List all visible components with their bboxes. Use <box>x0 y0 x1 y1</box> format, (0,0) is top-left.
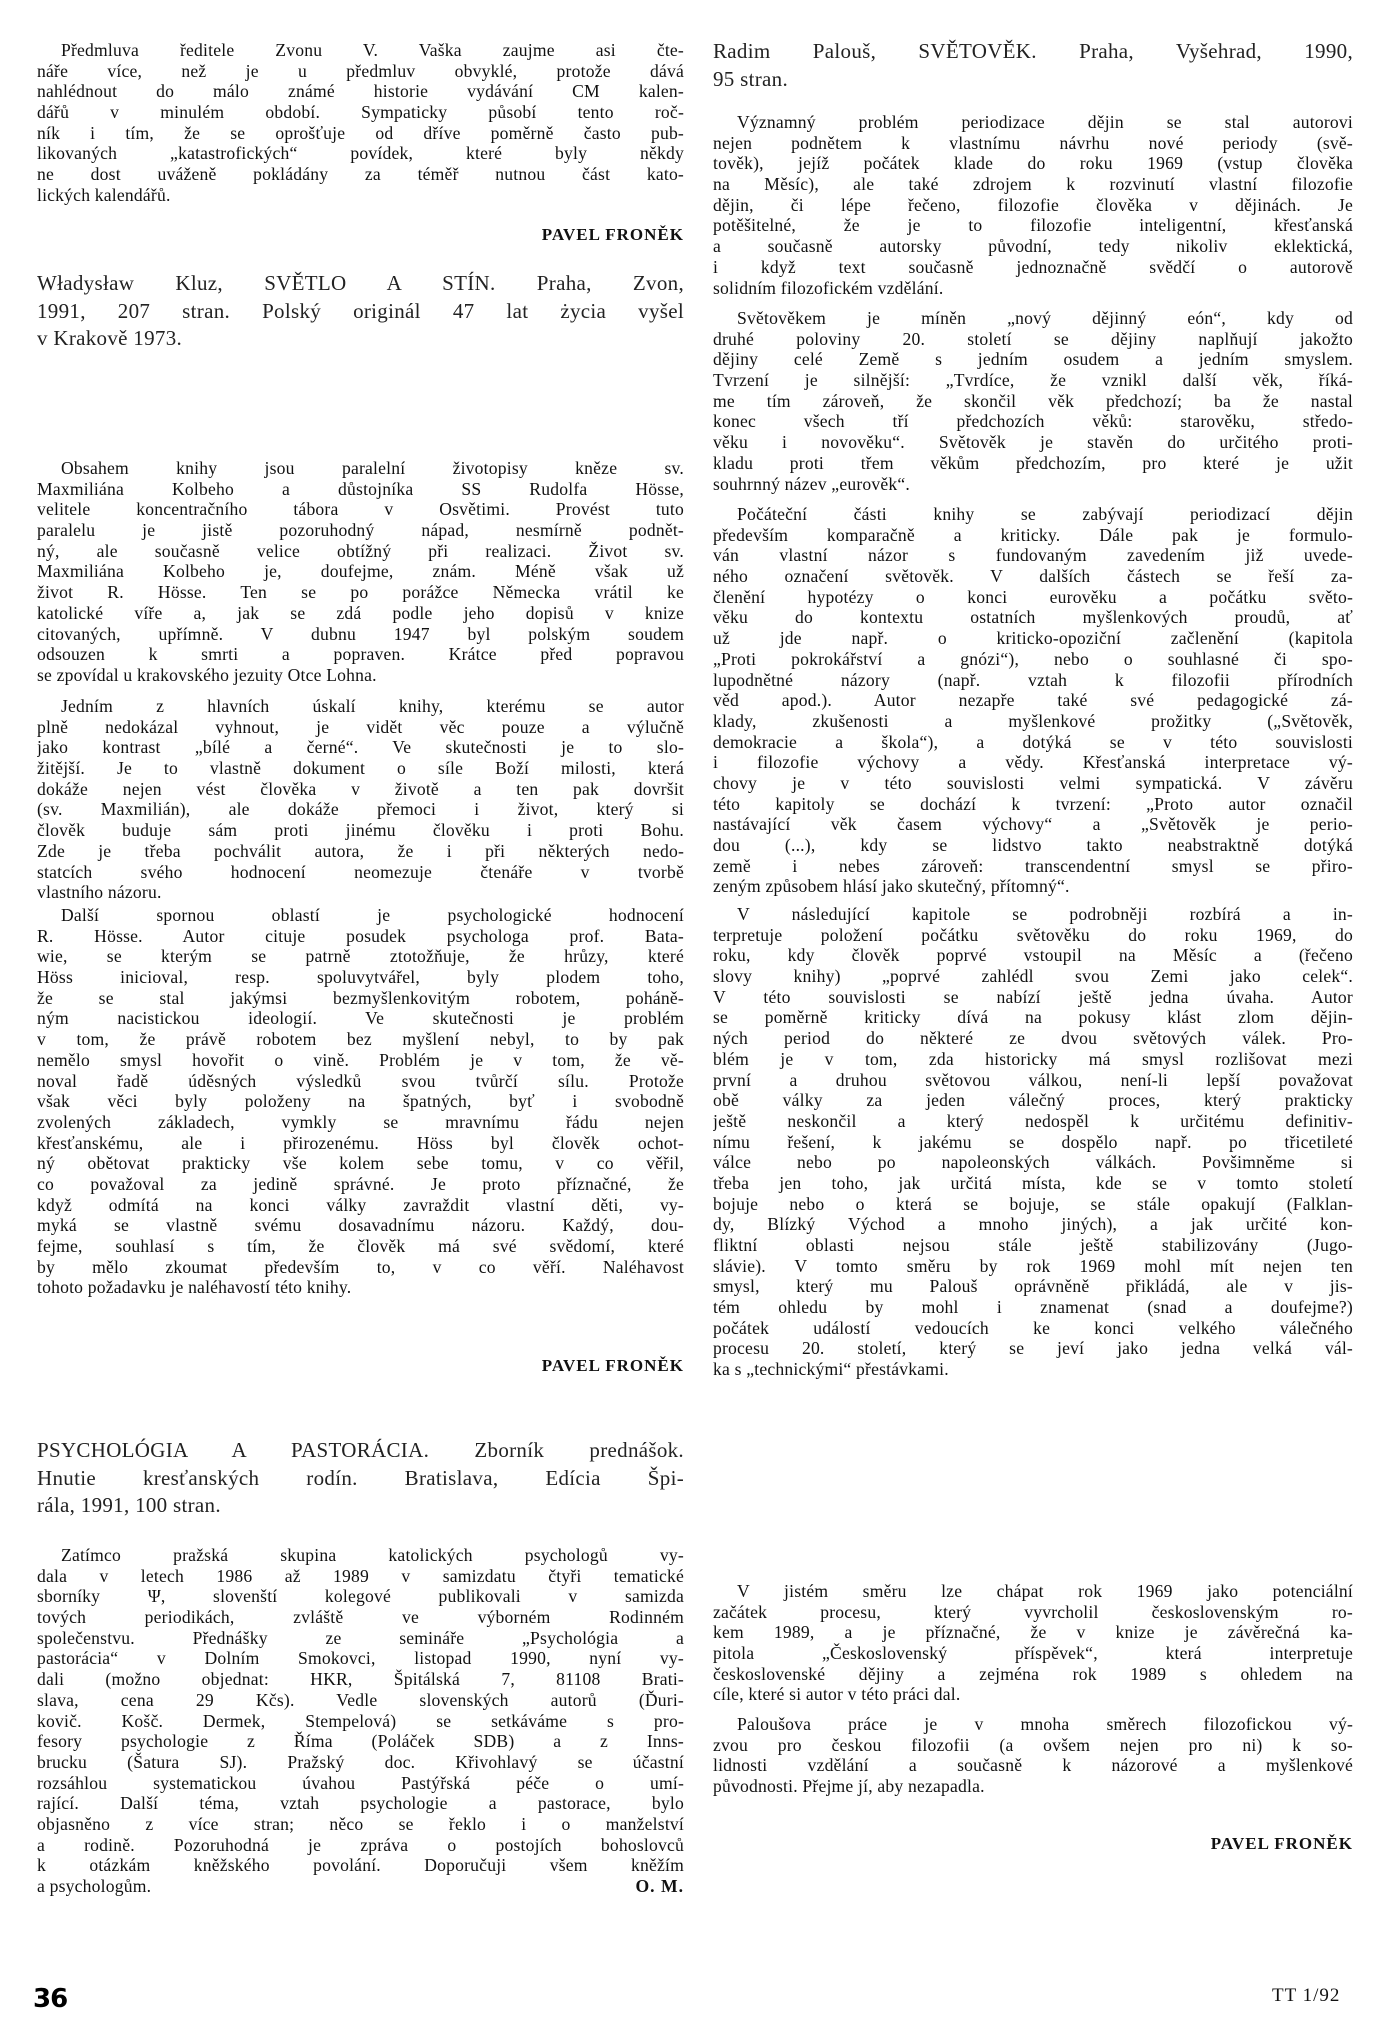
text-line: křesťanskému, ale i přirozenému. Höss by… <box>37 1133 684 1154</box>
signature: PAVEL FRONĚK <box>37 1356 684 1376</box>
text-line: 95 stran. <box>713 66 1353 94</box>
text-line: jako kontrast „bílé a černé“. Ve skutečn… <box>37 737 684 758</box>
text-line: ný, ale současně velice obtížný při real… <box>37 541 684 562</box>
text-line: „Proti pokrokářství a gnózi“), nebo o so… <box>713 649 1353 670</box>
text-line: co považoval za jedině správné. Je proto… <box>37 1174 684 1195</box>
text-line: věku i novověku“. Světověk je stavěn do … <box>713 432 1353 453</box>
text-line: ným nacistickou ideologií. Ve skutečnost… <box>37 1008 684 1029</box>
text-line: pastorácia“ v Dolním Smokovci, listopad … <box>37 1648 684 1669</box>
text-line: dokáže nejen vést člověka v životě a ten… <box>37 779 684 800</box>
text-line: především komparačně a kriticky. Dále pa… <box>713 525 1353 546</box>
text-line: ván vlastní názor s fundovaným zavedením… <box>713 545 1353 566</box>
text-line: slávie). V tomto směru by rok 1969 mohl … <box>713 1256 1353 1277</box>
text-line: na Měsíc), ale také zdrojem k rozvinutí … <box>713 174 1353 195</box>
text-line: Počáteční části knihy se zabývají period… <box>713 504 1353 525</box>
text-line: ných period do některé ze dvou světových… <box>713 1028 1353 1049</box>
text-line: žitější. Je to vlastně dokument o síle B… <box>37 758 684 779</box>
text-line: tových periodikách, zvláště ve výborném … <box>37 1607 684 1628</box>
text-line: Hnutie kresťanských rodín. Bratislava, E… <box>37 1465 684 1493</box>
text-line: Jedním z hlavních úskalí knihy, kterému … <box>37 696 684 717</box>
text-line: dějiny celé Země s jedním osudem a jední… <box>713 349 1353 370</box>
text-line: v Krakově 1973. <box>37 325 684 353</box>
text-line: potěšitelné, že je to filozofie intelige… <box>713 215 1353 236</box>
text-line: smysl, který mu Palouš oprávněně přiklád… <box>713 1276 1353 1297</box>
text-line: Významný problém periodizace dějin se st… <box>713 112 1353 133</box>
text-line: demokracie a škola“), a dotýká se v této… <box>713 732 1353 753</box>
text-line: tohoto požadavku je naléhavostí této kni… <box>37 1277 684 1298</box>
text-line: ne dost uváženě pokládány za téměř nutno… <box>37 164 684 185</box>
text-line: me tím zároveň, že skončil věk předchozí… <box>713 391 1353 412</box>
text-line: V této souvislosti se nabízí ještě jedna… <box>713 987 1353 1008</box>
text-line: lupodnětné názory (např. vztah k filozof… <box>713 670 1353 691</box>
text-line: tém ohledu by mohl i znamenat (snad a do… <box>713 1297 1353 1318</box>
text-line: myká se vlastně svému dosavadnímu názoru… <box>37 1215 684 1236</box>
text-line: slovy knihy) „poprvé zahlédl svou Zemi j… <box>713 966 1353 987</box>
text-line: fejme, souhlasí s tím, že člověk má své … <box>37 1236 684 1257</box>
text-line: a psychologům. <box>37 1876 684 1897</box>
text-line: však věci byly položeny na špatných, byť… <box>37 1091 684 1112</box>
text-line: ka s „technickými“ přestávkami. <box>713 1359 1353 1380</box>
text-line: paralelu je jistě pozoruhodný nápad, nes… <box>37 520 684 541</box>
text-line: země i nebes zároveň: transcendentní smy… <box>713 856 1353 877</box>
text-line: blém je v tom, zda historicky má smysl r… <box>713 1049 1353 1070</box>
text-line: sborníky Ψ, slovenští kolegové publikova… <box>37 1586 684 1607</box>
text-line: objasněno z více stran; něco se řeklo i … <box>37 1814 684 1835</box>
text-line: válce nebo po napoleonských válkách. Pov… <box>713 1152 1353 1173</box>
text-line: odsouzen k smrti a popraven. Krátce před… <box>37 644 684 665</box>
text-line: fliktní oblasti nejsou stále ještě stabi… <box>713 1235 1353 1256</box>
text-line: procesu 20. století, který se jeví jako … <box>713 1338 1353 1359</box>
text-line: že se stal jakýmsi bezmyšlenkovitým robo… <box>37 988 684 1009</box>
text-line: věku do kontextu ostatních myšlenkových … <box>713 607 1353 628</box>
text-line: likovaných „katastrofických“ povídek, kt… <box>37 143 684 164</box>
text-line: zeným způsobem hlásí jako skutečný, přít… <box>713 876 1353 897</box>
text-line: ník i tím, že se oprošťuje od dříve pomě… <box>37 123 684 144</box>
text-line: ného označení světověk. V dalších částec… <box>713 566 1353 587</box>
text-line: první a druhou světovou válkou, není-li … <box>713 1070 1353 1091</box>
text-line: cíle, které si autor v této práci dal. <box>713 1684 1353 1705</box>
text-line: roku, kdy člověk poprvé vstoupil na Měsí… <box>713 945 1353 966</box>
review-heading-palous: Radim Palouš, SVĚTOVĚK. Praha, Vyšehrad,… <box>713 38 1353 93</box>
text-line: dářů v minulém období. Sympaticky působí… <box>37 102 684 123</box>
signature-initials: O. M. <box>636 1876 685 1897</box>
text-line: plně nedokázal vyhnout, je vidět věc pou… <box>37 717 684 738</box>
text-line: členění hypotézy o konci eurověku a počá… <box>713 587 1353 608</box>
text-line: Zatímco pražská skupina katolických psyc… <box>37 1545 684 1566</box>
text-line: člověk buduje sám proti jinému člověku i… <box>37 820 684 841</box>
text-line: společenstvu. Přednášky ze semináře „Psy… <box>37 1628 684 1649</box>
text-line: nahlédnout do málo známé historie vydává… <box>37 81 684 102</box>
text-line: kladu proti třem věkům předchozím, pro k… <box>713 453 1353 474</box>
text-line: se poměrně kriticky dívá na pokusy klást… <box>713 1007 1353 1028</box>
text-line: rála, 1991, 100 stran. <box>37 1492 684 1520</box>
text-line: Obsahem knihy jsou paralelní životopisy … <box>37 458 684 479</box>
text-line: nastávající věk časem výchovy“ a „Světov… <box>713 814 1353 835</box>
text-line: této kapitoly se dochází k tvrzení: „Pro… <box>713 794 1353 815</box>
text-line: (sv. Maxmilián), ale dokáže přemoci i ži… <box>37 799 684 820</box>
text-line: tověk), jejíž počátek klade do roku 1969… <box>713 153 1353 174</box>
text-line: Paloušova práce je v mnoha směrech filoz… <box>713 1714 1353 1735</box>
text-line: chovy je v této souvislosti velmi sympat… <box>713 773 1353 794</box>
text-line: rající. Další téma, vztah psychologie a … <box>37 1793 684 1814</box>
text-line: a rodině. Pozoruhodná je zpráva o postoj… <box>37 1835 684 1856</box>
review-palous-paragraph-4: V následující kapitole se podrobněji roz… <box>713 904 1353 1380</box>
review-psychologia-text: Zatímco pražská skupina katolických psyc… <box>37 1545 684 1897</box>
text-line: R. Hösse. Autor cituje posudek psycholog… <box>37 926 684 947</box>
text-line: by mělo zkoumat především to, v co věří.… <box>37 1257 684 1278</box>
review-palous-paragraph-6: Paloušova práce je v mnoha směrech filoz… <box>713 1714 1353 1797</box>
text-line: Světověkem je míněn „nový dějinný eón“, … <box>713 308 1353 329</box>
text-line: když odmítá na konci války zavraždit vla… <box>37 1195 684 1216</box>
text-line: zvolených základech, vymkly se mravnímu … <box>37 1112 684 1133</box>
review-kluz-paragraph-2: Jedním z hlavních úskalí knihy, kterému … <box>37 696 684 903</box>
text-line: brucku (Šatura SJ). Pražský doc. Křivohl… <box>37 1752 684 1773</box>
text-line: Další spornou oblastí je psychologické h… <box>37 905 684 926</box>
review-palous-paragraph-2: Světověkem je míněn „nový dějinný eón“, … <box>713 308 1353 494</box>
text-line: Radim Palouš, SVĚTOVĚK. Praha, Vyšehrad,… <box>713 38 1353 66</box>
text-line: souhrnný název „eurověk“. <box>713 474 1353 495</box>
text-line: bojuje nebo o která se bojuje, se stále … <box>713 1194 1353 1215</box>
text-line: začátek procesu, který vyvrcholil českos… <box>713 1602 1353 1623</box>
review-kluz-paragraph-1: Obsahem knihy jsou paralelní životopisy … <box>37 458 684 686</box>
review-heading-psychologia: PSYCHOLÓGIA A PASTORÁCIA. Zborník predná… <box>37 1437 684 1520</box>
text-line: lických kalendářů. <box>37 185 684 206</box>
text-line: klady, zkušenosti a myšlenkové prožitky … <box>713 711 1353 732</box>
text-line: Władysław Kluz, SVĚTLO A STÍN. Praha, Zv… <box>37 270 684 298</box>
intro-review-text: Předmluva ředitele Zvonu V. Vaška zaujme… <box>37 40 684 206</box>
text-line: dala v letech 1986 až 1989 v samizdatu č… <box>37 1566 684 1587</box>
text-line: dějin, či lépe řečeno, filozofie člověka… <box>713 195 1353 216</box>
text-line: druhé poloviny 20. století se dějiny nap… <box>713 329 1353 350</box>
text-line: československé dějiny a zejména rok 1989… <box>713 1664 1353 1685</box>
text-line: V jistém směru lze chápat rok 1969 jako … <box>713 1581 1353 1602</box>
text-line: už jde např. o kriticko-opoziční začleně… <box>713 628 1353 649</box>
text-line: noval řadě úděsných výsledků svou tvůrčí… <box>37 1071 684 1092</box>
text-line: původnosti. Přejme jí, aby nezapadla. <box>713 1776 1353 1797</box>
text-line: Předmluva ředitele Zvonu V. Vaška zaujme… <box>37 40 684 61</box>
text-line: nejen podnětem k vlastnímu návrhu nové p… <box>713 133 1353 154</box>
text-line: konec všech tří předchozích věků: starov… <box>713 411 1353 432</box>
text-line: solidním filozofickém vzdělání. <box>713 278 1353 299</box>
text-line: dali (možno objednat: HKR, Špitálská 7, … <box>37 1669 684 1690</box>
page-number: 36 <box>33 1984 67 2014</box>
text-line: počátek událostí vedoucích ke konci velk… <box>713 1318 1353 1339</box>
text-line: Zde je třeba pochválit autora, že i při … <box>37 841 684 862</box>
issue-label: TT 1/92 <box>1272 1985 1340 2007</box>
review-palous-paragraph-5: V jistém směru lze chápat rok 1969 jako … <box>713 1581 1353 1705</box>
review-palous-paragraph-3: Počáteční části knihy se zabývají period… <box>713 504 1353 897</box>
text-line: obě války za jeden válečný proces, který… <box>713 1090 1353 1111</box>
review-heading-kluz: Władysław Kluz, SVĚTLO A STÍN. Praha, Zv… <box>37 270 684 353</box>
text-line: slava, cena 29 Kčs). Vedle slovenských a… <box>37 1690 684 1711</box>
text-line: wie, se kterým se patrně ztotožňuje, že … <box>37 946 684 967</box>
text-line: třeba jen toho, jak určitá místa, kde se… <box>713 1173 1353 1194</box>
text-line: PSYCHOLÓGIA A PASTORÁCIA. Zborník predná… <box>37 1437 684 1465</box>
text-line: v tom, že právě robotem bez myšlení neby… <box>37 1029 684 1050</box>
review-palous-paragraph-1: Významný problém periodizace dějin se st… <box>713 112 1353 298</box>
text-line: i filozofie výchovy a vědy. Křesťanská i… <box>713 752 1353 773</box>
text-line: fesory psychologie z Říma (Poláček SDB) … <box>37 1731 684 1752</box>
text-line: nemělo smysl hovořit o vině. Problém je … <box>37 1050 684 1071</box>
text-line: dou (...), kdy se lidstvo takto neabstra… <box>713 835 1353 856</box>
text-line: se zpovídal u krakovského jezuity Otce L… <box>37 665 684 686</box>
text-line: citovaných, upřímně. V dubnu 1947 byl po… <box>37 624 684 645</box>
text-line: katolické víře a, jak se zdá podle jeho … <box>37 603 684 624</box>
signature: PAVEL FRONĚK <box>713 1834 1353 1854</box>
text-line: velitele koncentračního tábora v Osvětim… <box>37 499 684 520</box>
text-line: Tvrzení je silnější: „Tvrdíce, že vznikl… <box>713 370 1353 391</box>
text-line: V následující kapitole se podrobněji roz… <box>713 904 1353 925</box>
text-line: terpretuje položení počátku světověku do… <box>713 925 1353 946</box>
text-line: k otázkám kněžského povolání. Doporučuji… <box>37 1855 684 1876</box>
text-line: věd apod.). Autor nezapře také své pedag… <box>713 690 1353 711</box>
text-line: vlastního názoru. <box>37 882 684 903</box>
text-line: život R. Hösse. Ten se po porážce Německ… <box>37 582 684 603</box>
text-line: zvou pro českou filozofii (a ovšem nejen… <box>713 1735 1353 1756</box>
text-line: ještě neskončil a který nedospěl k určit… <box>713 1111 1353 1132</box>
text-line: náře více, než je u předmluv obvyklé, pr… <box>37 61 684 82</box>
signature: PAVEL FRONĚK <box>37 225 684 245</box>
text-line: Maxmiliána Kolbeho je, doufejme, znám. M… <box>37 561 684 582</box>
text-line: 1991, 207 stran. Polský originál 47 lat … <box>37 298 684 326</box>
text-line: dy, Blízký Východ a mnoho jiných), a jak… <box>713 1214 1353 1235</box>
text-line: rozsáhlou systematickou úvahou Pastýřská… <box>37 1773 684 1794</box>
text-line: Höss inicioval, resp. spoluvytvářel, byl… <box>37 967 684 988</box>
text-line: ný obětovat prakticky vše kolem sebe tom… <box>37 1153 684 1174</box>
review-kluz-paragraph-3: Další spornou oblastí je psychologické h… <box>37 905 684 1298</box>
text-line: nímu řešení, k jakému se dospělo např. p… <box>713 1132 1353 1153</box>
text-line: lidnosti vzdělání a současně k názorové … <box>713 1755 1353 1776</box>
text-line: i když text současně jednoznačně svědčí … <box>713 257 1353 278</box>
text-line: pitola „Československý příspěvek“, která… <box>713 1643 1353 1664</box>
review-psychologia-paragraph-1: Zatímco pražská skupina katolických psyc… <box>37 1545 684 1897</box>
text-line: Maxmiliána Kolbeho a důstojníka SS Rudol… <box>37 479 684 500</box>
text-line: kem 1989, a je příznačné, že v knize je … <box>713 1622 1353 1643</box>
text-line: statcích svého hodnocení neomezuje čtená… <box>37 862 684 883</box>
text-line: a současně autorsky původní, tedy nikoli… <box>713 236 1353 257</box>
text-line: kovič. Košč. Dermek, Stempelová) se setk… <box>37 1711 684 1732</box>
